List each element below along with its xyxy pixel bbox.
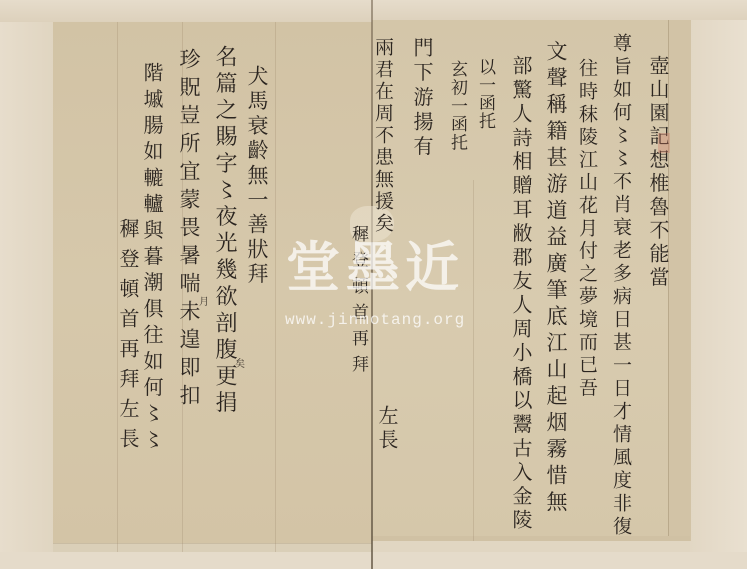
right-addressee: 左長	[377, 405, 397, 453]
mount-top-border	[0, 0, 747, 22]
right-column-1: 壺山園記想椎魯不能當	[648, 55, 668, 290]
left-column-3-annotation: 月	[199, 298, 209, 308]
mount-bottom-border	[0, 552, 747, 569]
right-column-9: 兩君在周不患無援矣	[373, 37, 392, 235]
right-column-4: 文聲稱籍甚游道益廣筆底江山起烟霧惜無	[545, 40, 566, 517]
left-signature-column: 穉登頓首再拜左長	[118, 218, 138, 458]
watermark-url: www.jinmotang.org	[285, 311, 465, 329]
paper-crease	[275, 22, 276, 552]
right-column-6: 以一函托	[476, 58, 493, 130]
left-leaf-bottom-margin	[53, 543, 372, 552]
right-column-3: 往時秣陵江山花月付之夢境而已吾	[577, 58, 596, 400]
mount-left-border	[0, 22, 53, 569]
left-column-2-annotation: 矣	[235, 360, 245, 370]
right-leaf-bottom-margin	[372, 536, 690, 541]
left-signature: 穉登頓首再拜	[116, 218, 140, 398]
left-column-4: 階墄腸如轆轤與暮潮俱往如何〻〻	[142, 62, 162, 455]
watermark-glyph: 堂	[286, 240, 340, 294]
seal-stamp	[658, 133, 670, 153]
left-column-2: 名篇之賜字〻夜光幾欲剖腹更捐	[213, 45, 235, 417]
right-column-7: 玄初一函托	[448, 60, 465, 152]
right-column-2: 尊旨如何〻〻不肖衰老多病日甚一日才情風度非復	[611, 33, 630, 539]
watermark-glyph: 近	[405, 240, 459, 294]
left-column-1: 犬馬衰齡無一善狀拜	[246, 65, 267, 287]
right-leaf-side-margin	[668, 20, 691, 541]
watermark-glyph: 墨	[346, 240, 400, 294]
paper-crease	[473, 180, 474, 541]
left-addressee: 左長	[116, 398, 140, 458]
left-column-3: 珍貺豈所宜蒙畏暑喘未遑即扣	[178, 48, 199, 412]
mount-right-border	[690, 20, 747, 569]
right-column-8: 門下游揚有	[412, 37, 432, 160]
right-column-5: 部驚人詩相贈耳敝郡友人周小橋以鬻古入金陵	[511, 55, 531, 533]
